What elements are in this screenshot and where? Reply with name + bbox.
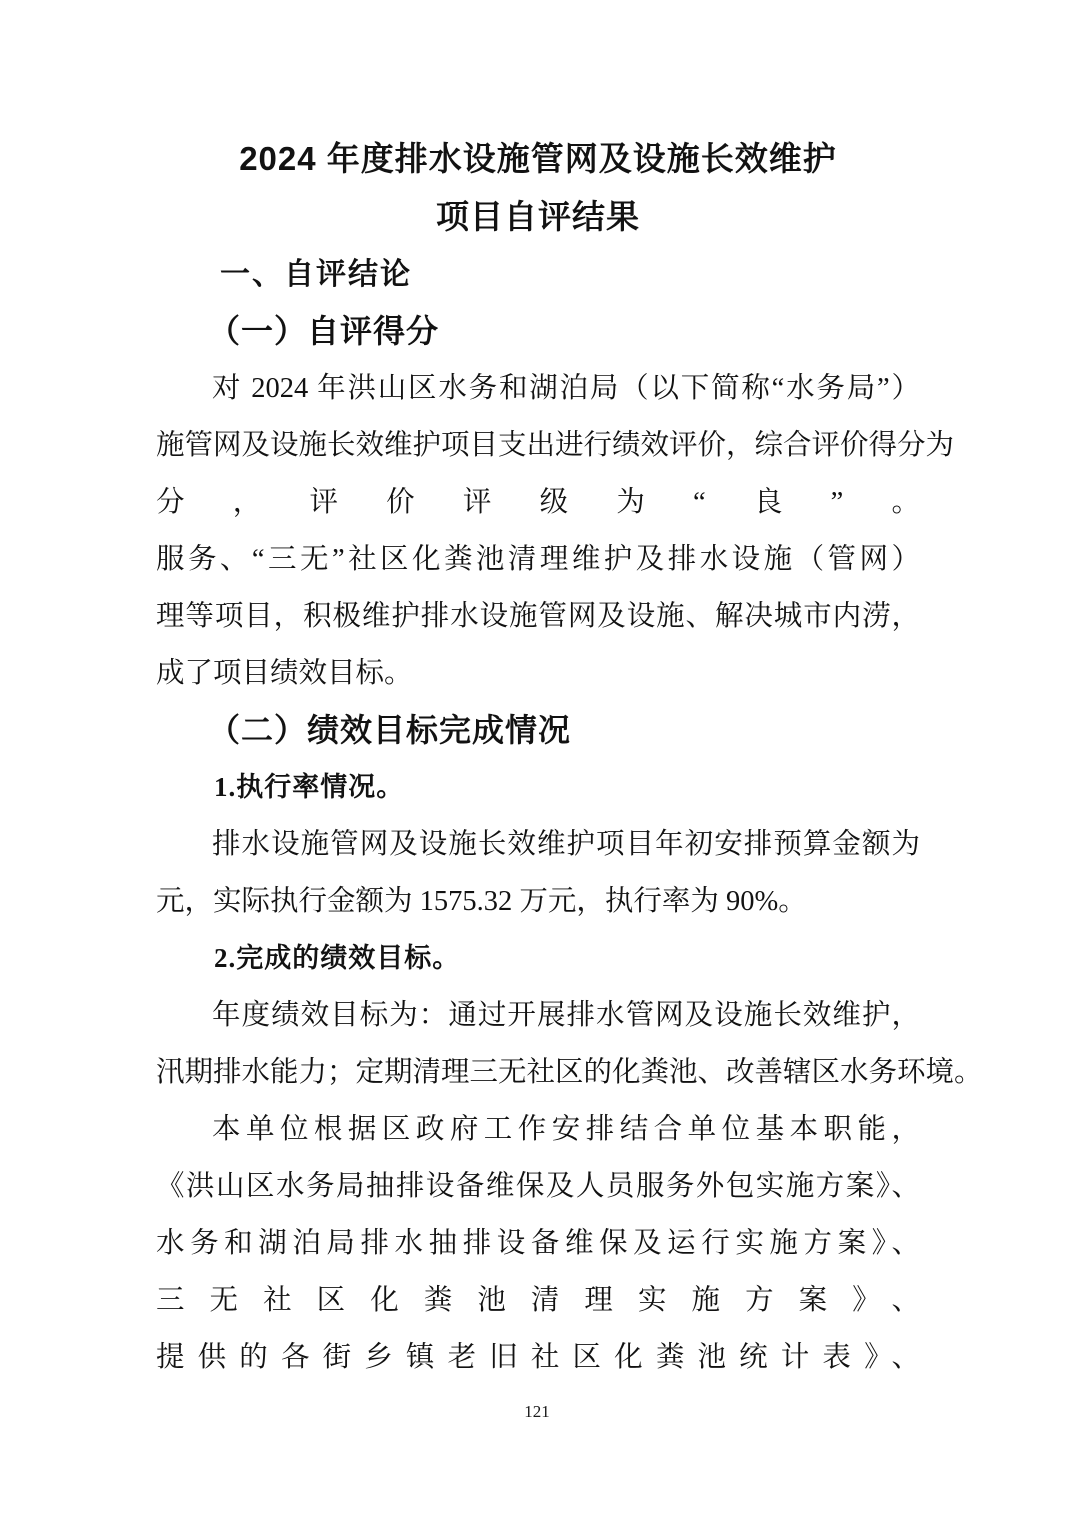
section-heading-self-evaluation-conclusion: 一、自评结论 xyxy=(156,246,920,303)
body-line: 成了项目绩效目标。 xyxy=(156,645,920,702)
subsection-heading-performance-target-completion: （二）绩效目标完成情况 xyxy=(156,702,920,759)
body-line: 本单位根据区政府工作安排结合单位基本职能，本单位积极落实 xyxy=(156,1101,920,1158)
body-line: 水务和湖泊局排水抽排设备维保及运行实施方案》、《洪山区水务局 xyxy=(156,1215,920,1272)
body-line: 对 2024 年洪山区水务和湖泊局（以下简称“水务局”）排水设 xyxy=(156,360,920,417)
body-line: 三无社区化粪池清理实施方案》、《洪山区水务和湖泊局城市排水队 xyxy=(156,1272,920,1329)
body-line: 提供的各街乡镇老旧社区化粪池统计表》、《洪山区水务局排水设施 xyxy=(156,1329,920,1386)
body-line: 汛期排水能力；定期清理三无社区的化粪池、改善辖区水务环境。 xyxy=(156,1044,920,1101)
body-line: 施管网及设施长效维护项目支出进行绩效评价，综合评价得分为 xyxy=(156,417,920,474)
body-line: 分，评价评级为“良”。本单位通过实施辖区内排水设施管网及设施 xyxy=(156,474,920,531)
item-heading-completed-performance-targets: 2.完成的绩效目标。 xyxy=(156,930,920,987)
body-line: 《洪山区水务局抽排设备维保及人员服务外包实施方案》、《洪山区 xyxy=(156,1158,920,1215)
document-title-line-1: 2024 年度排水设施管网及设施长效维护 xyxy=(156,130,920,188)
page-number: 121 xyxy=(0,1402,1074,1422)
body-line: 理等项目，积极维护排水设施管网及设施、解决城市内涝，较好的完 xyxy=(156,588,920,645)
item-heading-execution-rate: 1.执行率情况。 xyxy=(156,759,920,816)
body-line: 服务、“三无”社区化粪池清理维护及排水设施（管网）长效维护管 xyxy=(156,531,920,588)
document-title-line-2: 项目自评结果 xyxy=(156,188,920,246)
document-body: 2024 年度排水设施管网及设施长效维护 项目自评结果 一、自评结论 （一）自评… xyxy=(156,130,920,1386)
body-line: 排水设施管网及设施长效维护项目年初安排预算金额为 1760 万 xyxy=(156,816,920,873)
document-page: 2024 年度排水设施管网及设施长效维护 项目自评结果 一、自评结论 （一）自评… xyxy=(0,0,1074,1520)
body-line: 元，实际执行金额为 1575.32 万元，执行率为 90%。 xyxy=(156,873,920,930)
subsection-heading-self-evaluation-score: （一）自评得分 xyxy=(156,303,920,360)
body-line: 年度绩效目标为：通过开展排水管网及设施长效维护，保障辖区 xyxy=(156,987,920,1044)
